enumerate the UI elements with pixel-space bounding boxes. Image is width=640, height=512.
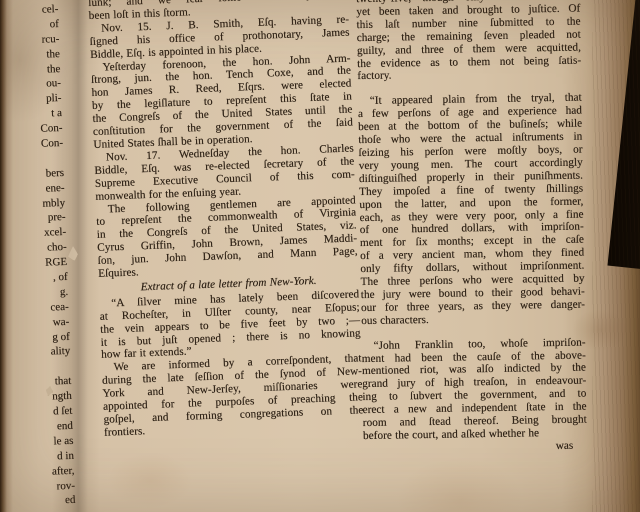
gutter-fragment: ality bbox=[16, 344, 70, 361]
gutter-fragment: cea- bbox=[14, 300, 68, 317]
paragraph: The following gentlemen are appointedto … bbox=[96, 194, 359, 281]
gutter-fragment: d in bbox=[20, 448, 74, 465]
paragraph: “John Franklin too, whoſe impriſon-ment … bbox=[361, 336, 587, 443]
main-column: ſunk; and we fear ſome lives may havebee… bbox=[88, 0, 364, 440]
paragraph: twenty-five, though only ſixteen have as… bbox=[356, 0, 581, 83]
gutter-fragment: end bbox=[19, 419, 73, 436]
gutter-fragment: rcu- bbox=[5, 32, 59, 49]
page-fore-edge bbox=[592, 0, 640, 512]
paragraph: We are informed by a correſpondent, that… bbox=[101, 353, 364, 440]
gutter-fragment: bers bbox=[10, 166, 64, 183]
gutter-fragment: of bbox=[5, 17, 59, 34]
gutter-fragment: ene- bbox=[10, 181, 64, 198]
right-column: twenty-five, though only ſixteen have as… bbox=[356, 0, 587, 456]
gutter-fragment: ed bbox=[21, 493, 75, 510]
gutter-fragment: g. bbox=[14, 285, 68, 302]
paragraph: Nov. 17. Wedneſday the hon. CharlesBiddl… bbox=[94, 142, 356, 203]
gutter-fragment: the bbox=[6, 47, 60, 64]
paragraph: Yeſterday forenoon, the hon. John Arm-ſt… bbox=[90, 52, 353, 152]
gutter-fragment: le as bbox=[19, 434, 73, 451]
text-line: ous characters. bbox=[361, 311, 585, 327]
text-line: factory. bbox=[357, 67, 581, 83]
gutter-fragment: after, bbox=[20, 463, 74, 480]
gutter-fragment: Con- bbox=[9, 136, 63, 153]
paragraph: “A ſilver mine has lately been diſcovere… bbox=[99, 288, 361, 362]
antique-newspaper-photo: cel-ofrcu-thetheou-pli-t aCon-Con-bersen… bbox=[0, 0, 640, 512]
gutter-fragment: wa- bbox=[15, 315, 69, 332]
paragraph: “It appeared plain from the tryal, thata… bbox=[358, 92, 586, 328]
